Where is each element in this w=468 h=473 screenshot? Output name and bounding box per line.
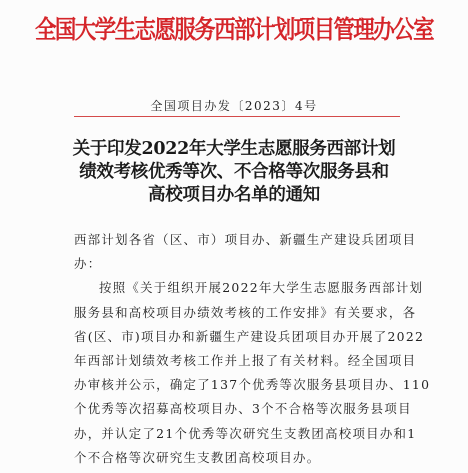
title-line: 绩效考核优秀等次、不合格等次服务县和 xyxy=(60,161,408,184)
body-paragraph-line: 个不合格等次研究生支教团高校项目办。 xyxy=(74,446,394,470)
body-paragraph-line: 办，并认定了21个优秀等次研究生支教团高校项目办和1 xyxy=(74,422,394,446)
document-number: 全国项目办发〔2023〕4号 xyxy=(0,98,468,114)
body-paragraph-line: 办审核并公示，确定了137个优秀等次服务县项目办、110 xyxy=(74,373,394,397)
masthead-title: 全国大学生志愿服务西部计划项目管理办公室 xyxy=(0,14,468,49)
body-paragraph-line: 服务县和高校项目办绩效考核的工作安排》有关要求，各 xyxy=(74,301,394,325)
notice-title: 关于印发2022年大学生志愿服务西部计划 绩效考核优秀等次、不合格等次服务县和 … xyxy=(60,138,408,207)
red-divider-line xyxy=(74,116,400,117)
body-paragraph-line: 按照《关于组织开展2022年大学生志愿服务西部计划 xyxy=(74,276,394,300)
title-line: 关于印发2022年大学生志愿服务西部计划 xyxy=(60,138,408,161)
body-paragraph-line: 年西部计划绩效考核工作并上报了有关材料。经全国项目 xyxy=(74,349,394,373)
notice-body: 西部计划各省（区、市）项目办、新疆生产建设兵团项目 办： 按照《关于组织开展20… xyxy=(74,228,394,470)
body-paragraph-line: 省(区、市)项目办和新疆生产建设兵团项目办开展了2022 xyxy=(74,325,394,349)
body-paragraph-line: 个优秀等次招募高校项目办、3个不合格等次服务县项目 xyxy=(74,397,394,421)
addressee-line: 西部计划各省（区、市）项目办、新疆生产建设兵团项目 xyxy=(74,228,394,252)
document-page: 全国大学生志愿服务西部计划项目管理办公室 全国项目办发〔2023〕4号 关于印发… xyxy=(0,0,468,473)
addressee-line: 办： xyxy=(74,252,394,276)
title-line: 高校项目办名单的通知 xyxy=(60,184,408,207)
